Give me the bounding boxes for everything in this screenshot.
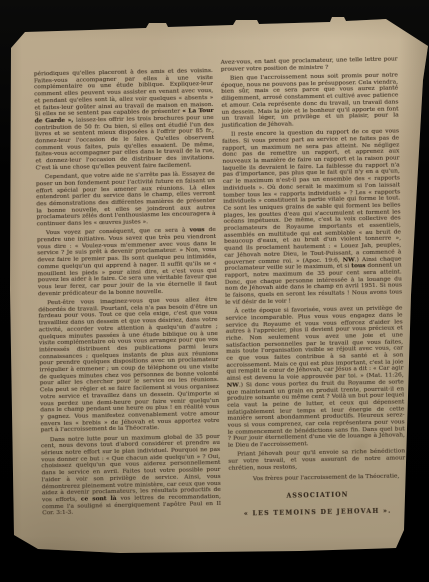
document-page: périodiques qu'elles placeront à des ami…	[0, 0, 429, 582]
paragraph: périodiques qu'elles placeront à des ami…	[34, 68, 215, 172]
paragraph: Peut-être vous imaginez-vous que vous al…	[38, 297, 220, 434]
paragraph: Priant Jéhovah pour qu'il envoie sa rich…	[228, 449, 405, 473]
paragraph: Vous voyez par conséquent, que ce sera à…	[37, 227, 217, 297]
paragraph: Dans notre lutte pour un maximum global …	[41, 434, 222, 518]
organization-name: « LES TEMOINS DE JEHOVAH ».	[229, 508, 406, 518]
association-label: ASSOCIATION	[229, 492, 406, 502]
left-paragraph-list: périodiques qu'elles placeront à des ami…	[34, 68, 222, 517]
paragraph: À cette époque si favorisée, vous avez u…	[225, 306, 405, 450]
paragraph: Bien que l'accroissement nous soit promi…	[221, 72, 399, 129]
left-column: périodiques qu'elles placeront à des ami…	[34, 68, 222, 520]
paragraph: Il reste encore la question du rapport d…	[222, 129, 402, 307]
photo-background: périodiques qu'elles placeront à des ami…	[0, 0, 429, 582]
page-content: périodiques qu'elles placeront à des ami…	[0, 0, 429, 582]
paragraph: Cependant, que votre aide ne s'arrête pa…	[36, 171, 216, 228]
paragraph: Avez-vous, en tant que proclamateur, une…	[221, 56, 398, 73]
right-column: Avez-vous, en tant que proclamateur, une…	[221, 56, 407, 518]
signature-line: Vos frères pour l'accroissement de la Th…	[229, 473, 406, 483]
right-paragraph-list: Avez-vous, en tant que proclamateur, une…	[221, 56, 406, 472]
